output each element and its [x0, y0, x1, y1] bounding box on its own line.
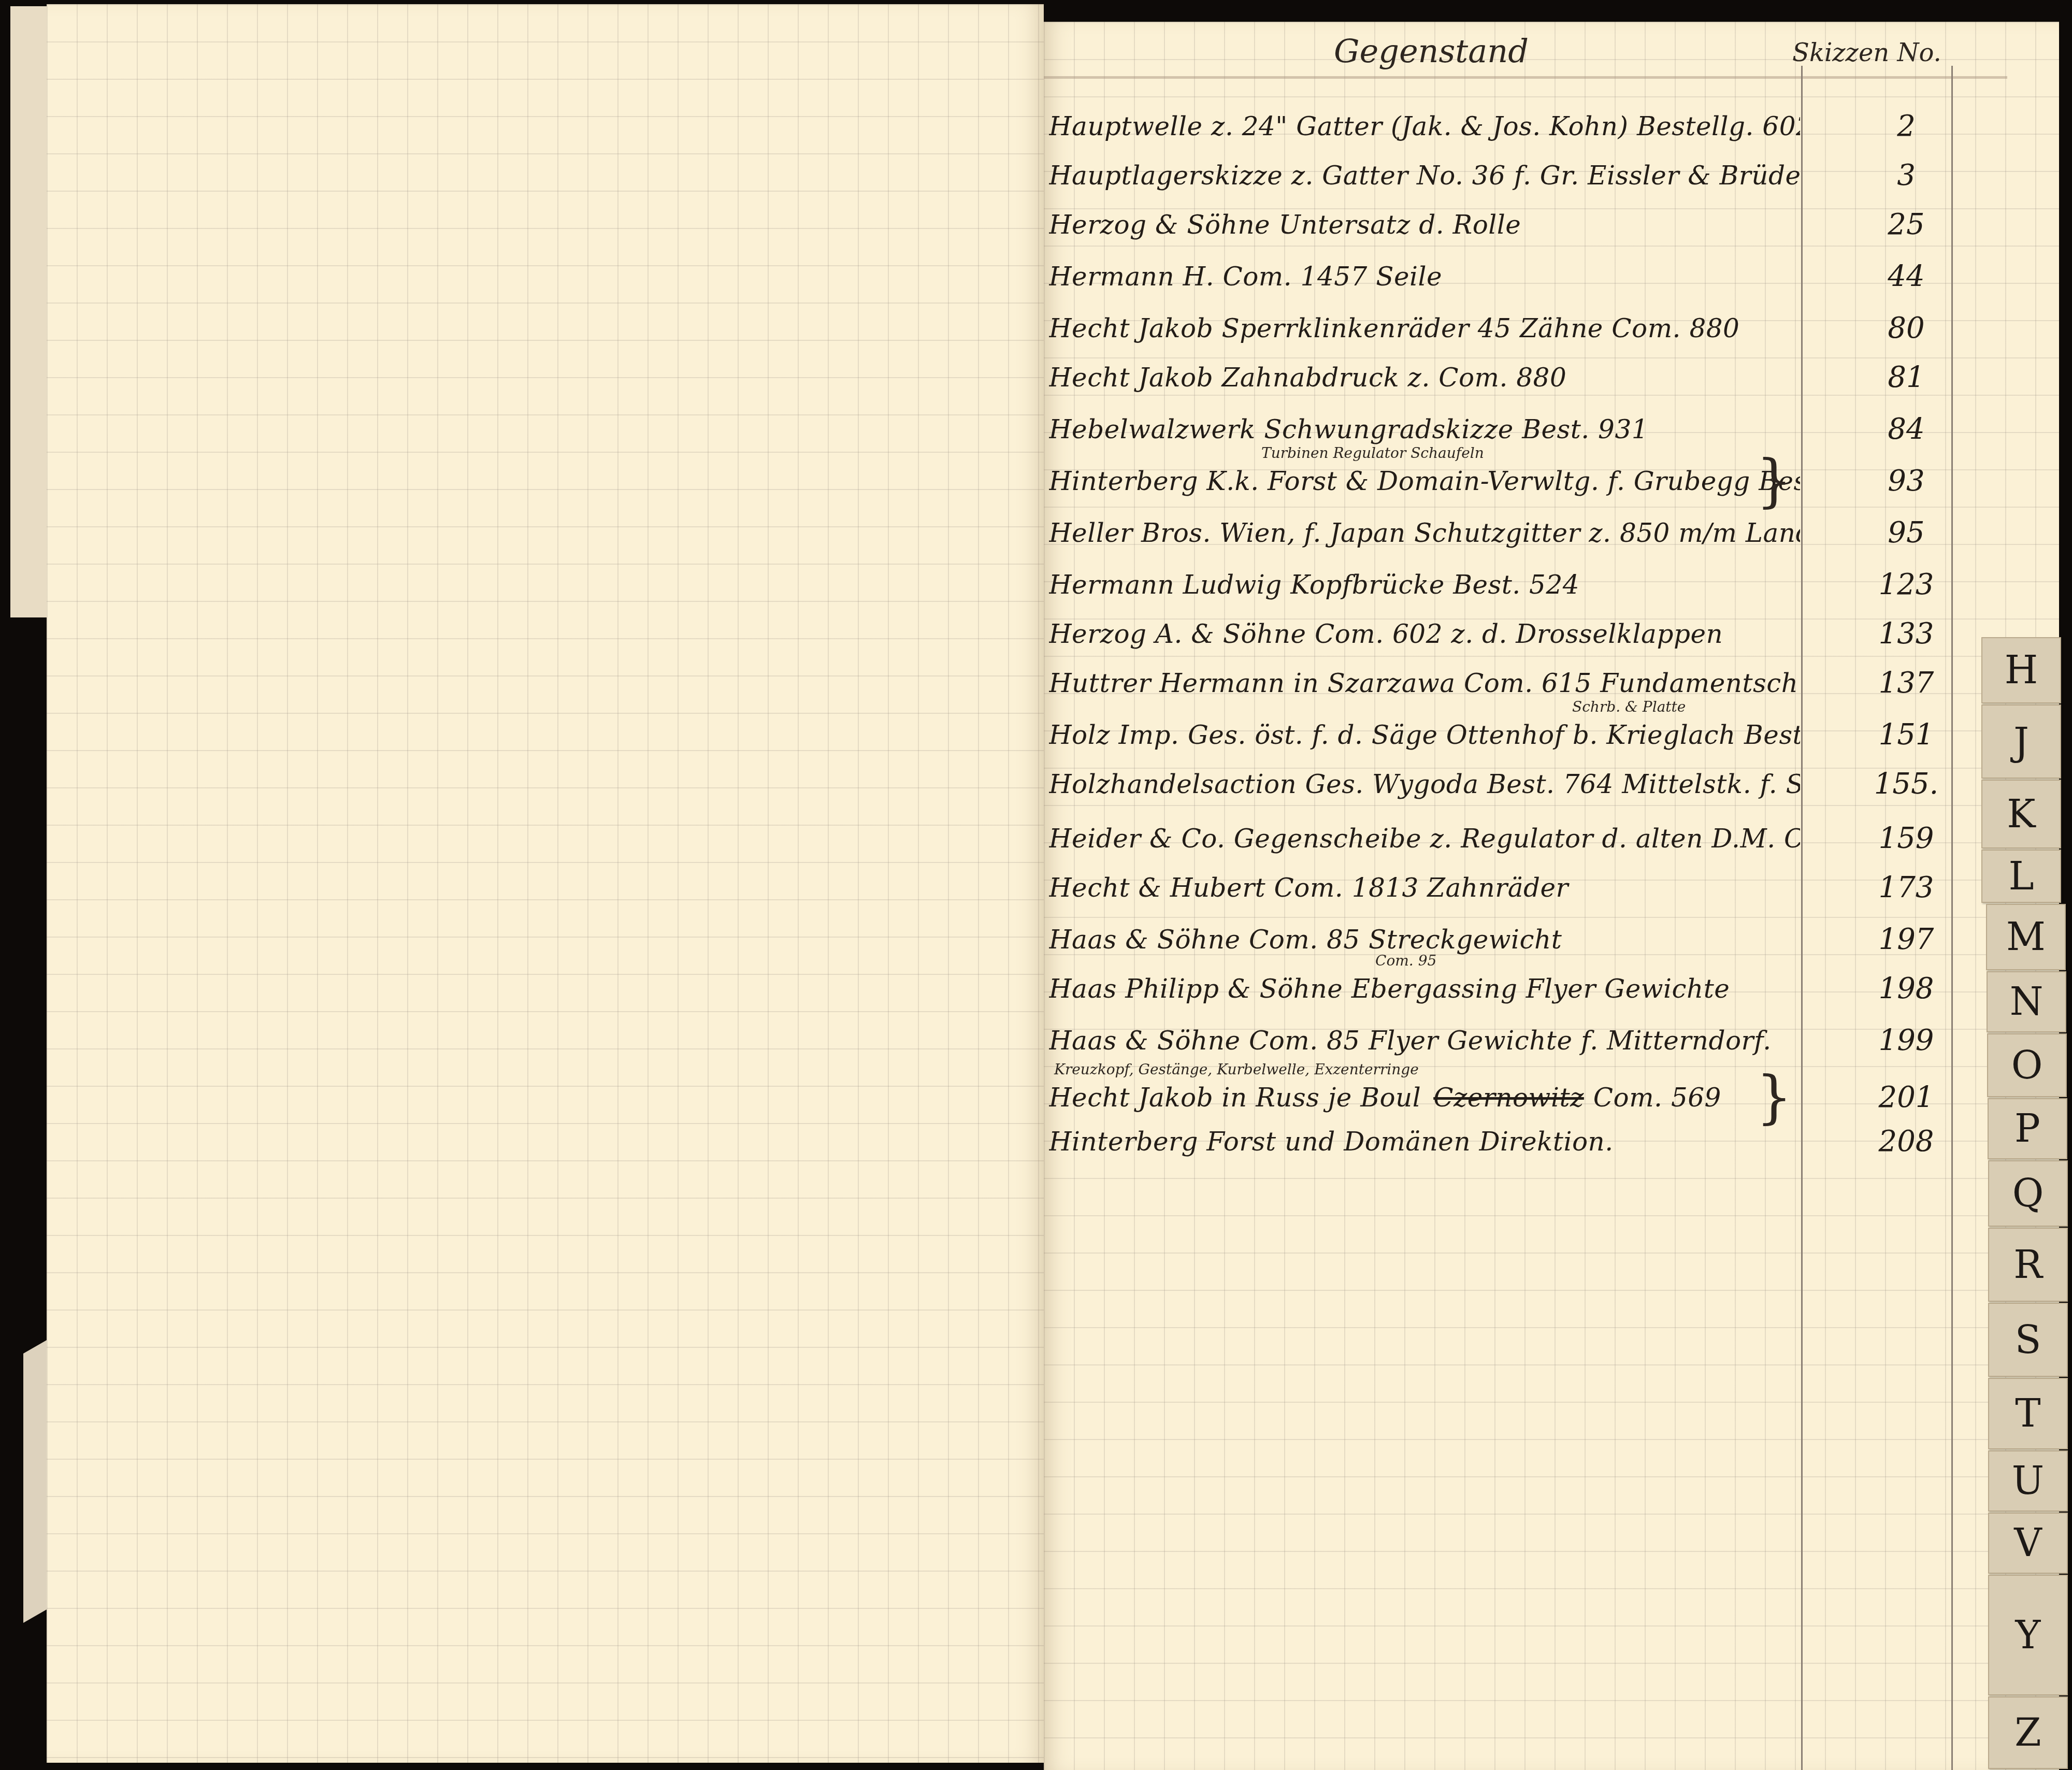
sketch-number: 199 [1860, 1024, 1953, 1057]
entry-subject-text: Hauptwelle z. 24" Gatter (Jak. & Jos. Ko… [1049, 111, 1800, 141]
interlinear-note: Turbinen Regulator Schaufeln [1261, 444, 1484, 462]
sketch-number: 159 [1860, 822, 1953, 855]
sketch-number: 201 [1860, 1081, 1953, 1114]
index-tab-letter: M [2006, 915, 2046, 959]
entry-subject: Haas Philipp & Söhne Ebergassing Flyer G… [1049, 974, 1800, 1004]
index-tab-r[interactable]: R [1988, 1228, 2068, 1302]
sketch-number: 133 [1860, 617, 1953, 651]
entry-subject: Hinterberg K.k. Forst & Domain-Verwltg. … [1049, 466, 1800, 496]
index-tab-y[interactable]: Y [1988, 1575, 2068, 1695]
column-header-subject: Gegenstand [1334, 32, 1529, 70]
index-tab-letter: K [2007, 792, 2035, 837]
index-tab-letter: J [2013, 719, 2029, 764]
index-tab-z[interactable]: Z [1988, 1696, 2068, 1769]
entry-subject: Heider & Co. Gegenscheibe z. Regulator d… [1049, 824, 1800, 854]
entry-subject-text: Holzhandelsaction Ges. Wygoda Best. 764 … [1049, 769, 1800, 799]
entry-subject: Holzhandelsaction Ges. Wygoda Best. 764 … [1049, 769, 1800, 799]
struck-through-text: Czernowitz [1433, 1083, 1584, 1113]
entry-subject: Hauptwelle z. 24" Gatter (Jak. & Jos. Ko… [1049, 111, 1800, 141]
entry-subject-text: Herzog & Söhne Untersatz d. Rolle [1049, 210, 1521, 240]
index-tab-h[interactable]: H [1981, 637, 2061, 703]
entry-subject-text: Hinterberg K.k. Forst & Domain-Verwltg. … [1049, 466, 1800, 496]
index-tab-letter: Q [2012, 1171, 2044, 1216]
ledger-row: Haas & Söhne Com. 85 Flyer Gewichte f. M… [1044, 1016, 1961, 1066]
column-header-sketch-number: Skizzen No. [1792, 38, 1941, 67]
entry-subject-text: Heider & Co. Gegenscheibe z. Regulator d… [1049, 824, 1800, 854]
sketch-number: 84 [1860, 412, 1953, 446]
sketch-number: 93 [1860, 464, 1953, 498]
entry-subject: Huttrer Hermann in Szarzawa Com. 615 Fun… [1049, 668, 1800, 698]
ledger-row: Holzhandelsaction Ges. Wygoda Best. 764 … [1044, 760, 1961, 810]
index-tab-t[interactable]: T [1988, 1378, 2068, 1449]
entry-subject-text: Huttrer Hermann in Szarzawa Com. 615 Fun… [1049, 668, 1800, 698]
ledger-row: Turbinen Regulator SchaufelnHinterberg K… [1044, 457, 1961, 507]
entry-subject-text: Haas Philipp & Söhne Ebergassing Flyer G… [1049, 974, 1730, 1004]
index-tab-o[interactable]: O [1987, 1033, 2067, 1097]
entry-subject-text: Hinterberg Forst und Domänen Direktion. [1049, 1127, 1614, 1157]
entry-subject-text: Hecht Jakob in Russ je Boul [1049, 1083, 1421, 1113]
interlinear-note: Schrb. & Platte [1572, 698, 1686, 715]
ledger-row: Heider & Co. Gegenscheibe z. Regulator d… [1044, 814, 1961, 864]
entry-subject: Herzog & Söhne Untersatz d. Rolle [1049, 210, 1800, 240]
ledger-row: Hecht & Hubert Com. 1813 Zahnräder173 [1044, 864, 1961, 913]
index-tab-letter: O [2011, 1043, 2043, 1088]
entry-subject: Herzog A. & Söhne Com. 602 z. d. Drossel… [1049, 619, 1800, 649]
entry-subject-text: Hauptlagerskizze z. Gatter No. 36 f. Gr.… [1049, 161, 1800, 191]
ledger-row: Hecht Jakob Sperrklinkenräder 45 Zähne C… [1044, 304, 1961, 354]
sketch-number: 151 [1860, 718, 1953, 752]
entry-subject-text: Hecht Jakob Zahnabdruck z. Com. 880 [1049, 363, 1566, 393]
ledger-row: Hauptlagerskizze z. Gatter No. 36 f. Gr.… [1044, 151, 1961, 201]
entry-subject: Hecht Jakob Zahnabdruck z. Com. 880 [1049, 363, 1800, 393]
index-tab-v[interactable]: V [1988, 1513, 2068, 1574]
entry-subject-text: Hecht & Hubert Com. 1813 Zahnräder [1049, 873, 1569, 903]
index-tab-q[interactable]: Q [1988, 1160, 2068, 1227]
index-tab-l[interactable]: L [1981, 850, 2061, 903]
sketch-number: 80 [1860, 311, 1953, 345]
right-page-ledger: Gegenstand Skizzen No. Hauptwelle z. 24"… [1044, 22, 2059, 1770]
entry-subject: Haas & Söhne Com. 85 Flyer Gewichte f. M… [1049, 1026, 1800, 1056]
ledger-row: Hecht Jakob Zahnabdruck z. Com. 88081 [1044, 353, 1961, 403]
index-tab-letter: L [2008, 854, 2034, 899]
index-tab-letter: P [2015, 1106, 2040, 1151]
entry-subject-text: Heller Bros. Wien, f. Japan Schutzgitter… [1049, 518, 1800, 548]
entry-subject-text: Hecht Jakob Sperrklinkenräder 45 Zähne C… [1049, 313, 1739, 343]
sketch-number: 81 [1860, 361, 1953, 394]
sketch-number: 44 [1860, 260, 1953, 293]
entry-subject: Hauptlagerskizze z. Gatter No. 36 f. Gr.… [1049, 161, 1800, 191]
index-tab-n[interactable]: N [1987, 971, 2066, 1032]
index-tab-j[interactable]: J [1981, 704, 2061, 779]
index-tab-letter: N [2010, 980, 2044, 1024]
entry-subject-text: Holz Imp. Ges. öst. f. d. Säge Ottenhof … [1049, 720, 1800, 750]
brace-mark: } [1756, 448, 1792, 514]
entry-subject-text: Haas & Söhne Com. 85 Streckgewicht [1049, 925, 1562, 955]
index-tab-u[interactable]: U [1988, 1450, 2068, 1512]
sketch-number: 173 [1860, 871, 1953, 904]
index-tab-m[interactable]: M [1986, 904, 2066, 970]
entry-subject: Hebelwalzwerk Schwungradskizze Best. 931 [1049, 414, 1800, 444]
ledger-row: Hermann H. Com. 1457 Seile44 [1044, 252, 1961, 302]
entry-subject: Haas & Söhne Com. 85 Streckgewicht [1049, 925, 1800, 955]
index-tab-letter: T [2015, 1391, 2040, 1436]
index-tab-letter: V [2014, 1521, 2041, 1565]
entry-suffix: Com. 569 [1593, 1083, 1721, 1113]
sketch-number: 95 [1860, 516, 1953, 550]
alphabet-index-tabs: HJKLMNOPQRSTUVYZ [1979, 637, 2067, 1770]
sketch-number: 197 [1860, 923, 1953, 956]
index-tab-p[interactable]: P [1988, 1098, 2067, 1159]
ledger-row: Schrb. & PlatteHolz Imp. Ges. öst. f. d.… [1044, 711, 1961, 760]
ledger-row: Kreuzkopf, Gestänge, Kurbelwelle, Exzent… [1044, 1073, 1961, 1123]
interlinear-note: Kreuzkopf, Gestänge, Kurbelwelle, Exzent… [1054, 1061, 1419, 1078]
sketch-number: 198 [1860, 972, 1953, 1005]
entry-subject: Hermann H. Com. 1457 Seile [1049, 262, 1800, 292]
sketch-number: 3 [1860, 159, 1953, 192]
sketch-number: 208 [1860, 1125, 1953, 1158]
left-page-blank [47, 4, 1044, 1763]
entry-subject-text: Hermann Ludwig Kopfbrücke Best. 524 [1049, 570, 1579, 600]
entry-subject: Hecht & Hubert Com. 1813 Zahnräder [1049, 873, 1800, 903]
header-rule [1044, 76, 2007, 79]
sketch-number: 155. [1860, 767, 1953, 801]
interlinear-note: Com. 95 [1375, 952, 1436, 969]
sketch-number: 25 [1860, 208, 1953, 241]
index-tab-s[interactable]: S [1988, 1303, 2068, 1377]
ledger-row: Hermann Ludwig Kopfbrücke Best. 524123 [1044, 560, 1961, 610]
entry-subject-text: Hebelwalzwerk Schwungradskizze Best. 931 [1049, 414, 1648, 444]
ledger-row: Hinterberg Forst und Domänen Direktion.2… [1044, 1117, 1961, 1167]
entry-subject: Hecht Jakob in Russ je BoulCzernowitzCom… [1049, 1083, 1800, 1113]
ledger-row: Herzog & Söhne Untersatz d. Rolle25 [1044, 200, 1961, 250]
ledger-row: Herzog A. & Söhne Com. 602 z. d. Drossel… [1044, 610, 1961, 659]
ledger-row: Heller Bros. Wien, f. Japan Schutzgitter… [1044, 509, 1961, 558]
index-tab-letter: Z [2015, 1710, 2041, 1755]
entry-subject-text: Hermann H. Com. 1457 Seile [1049, 262, 1442, 292]
entry-subject-text: Haas & Söhne Com. 85 Flyer Gewichte f. M… [1049, 1026, 1772, 1056]
index-tab-letter: U [2012, 1459, 2044, 1503]
entry-subject: Hecht Jakob Sperrklinkenräder 45 Zähne C… [1049, 313, 1800, 343]
ledger-row: Hauptwelle z. 24" Gatter (Jak. & Jos. Ko… [1044, 102, 1961, 152]
ledger-row: Haas & Söhne Com. 85 Streckgewicht197 [1044, 915, 1961, 965]
ledger-row: Com. 95Haas Philipp & Söhne Ebergassing … [1044, 965, 1961, 1014]
index-tab-letter: H [2005, 648, 2038, 693]
ledger-row: Hebelwalzwerk Schwungradskizze Best. 931… [1044, 405, 1961, 455]
entry-subject: Holz Imp. Ges. öst. f. d. Säge Ottenhof … [1049, 720, 1800, 750]
ledger-row: Huttrer Hermann in Szarzawa Com. 615 Fun… [1044, 659, 1961, 709]
entry-subject: Hinterberg Forst und Domänen Direktion. [1049, 1127, 1800, 1157]
sketch-number: 137 [1860, 666, 1953, 700]
entry-subject-text: Herzog A. & Söhne Com. 602 z. d. Drossel… [1049, 619, 1723, 649]
index-tab-k[interactable]: K [1981, 780, 2061, 848]
sketch-number: 2 [1860, 109, 1953, 143]
index-tab-letter: R [2013, 1243, 2042, 1287]
index-tab-letter: S [2015, 1318, 2041, 1362]
entry-subject: Hermann Ludwig Kopfbrücke Best. 524 [1049, 570, 1800, 600]
entry-subject: Heller Bros. Wien, f. Japan Schutzgitter… [1049, 518, 1800, 548]
sketch-number: 123 [1860, 568, 1953, 601]
index-tab-letter: Y [2016, 1613, 2041, 1658]
